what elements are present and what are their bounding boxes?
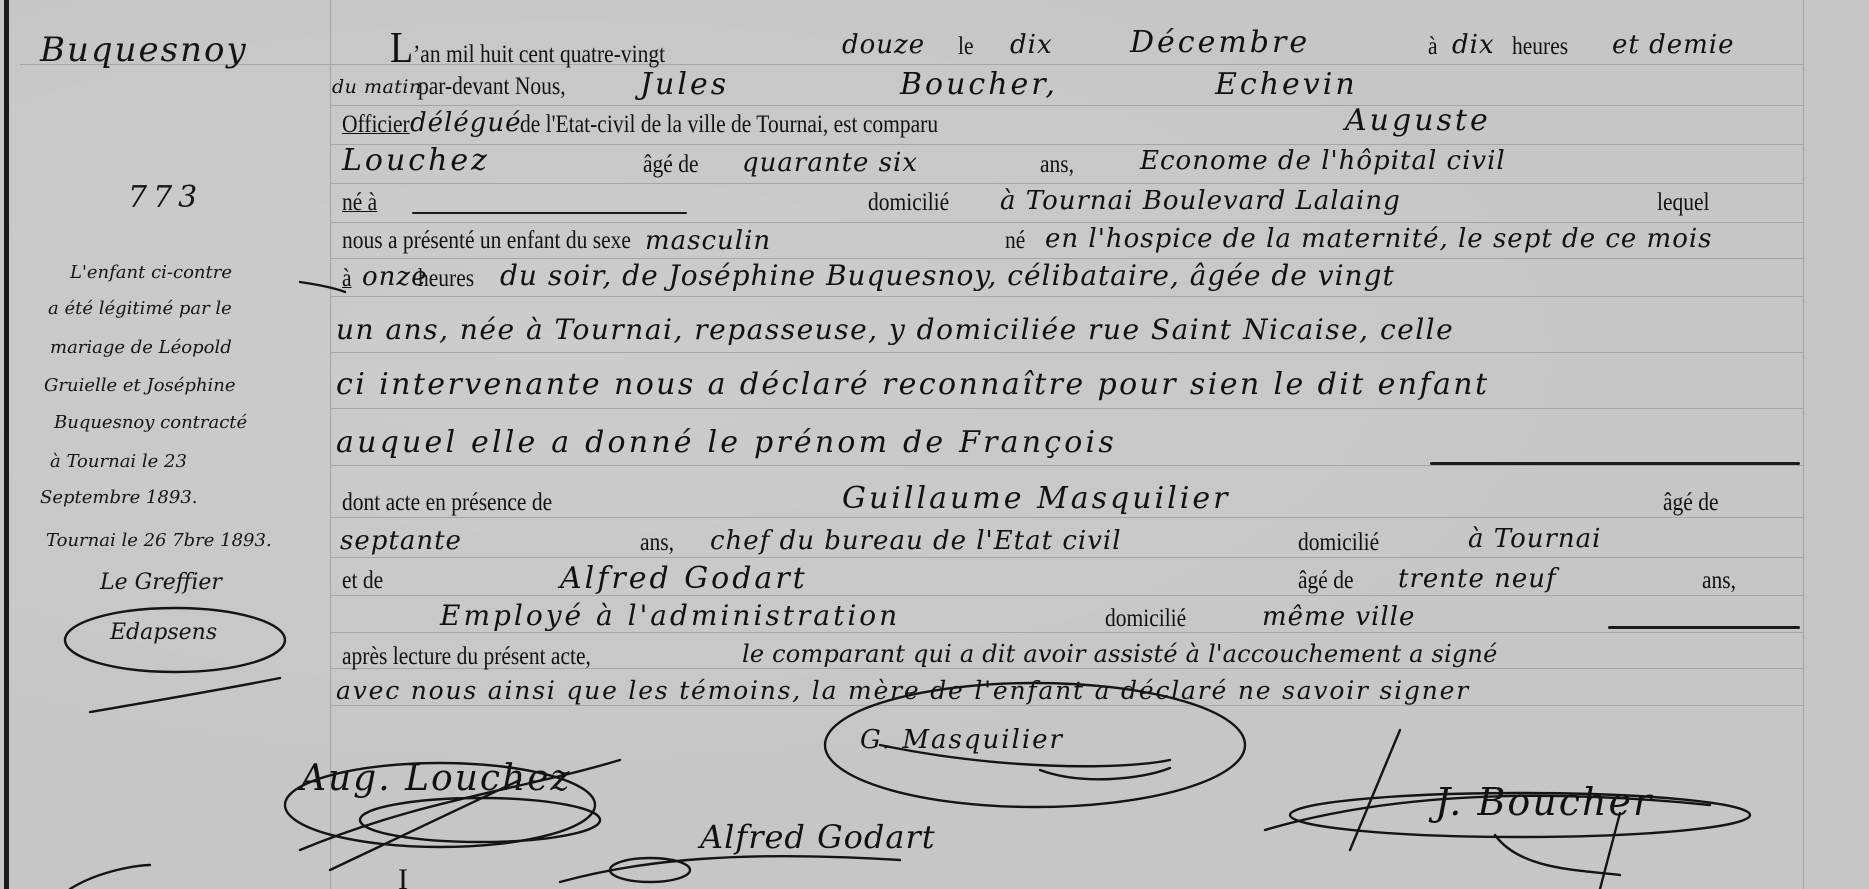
handwritten-witness1-occupation: chef du bureau de l'Etat civil: [710, 528, 1122, 554]
handwritten-witness1-address: à Tournai: [1468, 526, 1601, 552]
signature-officer: J. Boucher: [1435, 780, 1653, 824]
signature-witness2: Alfred Godart: [700, 818, 936, 856]
printed-text: après lecture du présent acte,: [342, 644, 591, 669]
handwritten-officer-title: Echevin: [1215, 70, 1358, 100]
blank-fill-line: [1430, 462, 1800, 465]
printed-text: de l'Etat-civil de la ville de Tournai, …: [520, 112, 938, 137]
ruled-line: [330, 144, 1803, 145]
handwritten-recognition: ci intervenante nous a déclaré reconnaît…: [336, 370, 1489, 400]
printed-text: domicilié: [868, 190, 949, 215]
margin-annotation-line: L'enfant ci-contre: [70, 262, 232, 283]
printed-text: né: [1005, 228, 1025, 253]
printed-text: ans,: [640, 530, 674, 555]
margin-annotation-line: Septembre 1893.: [40, 487, 198, 508]
printed-text: ans,: [1702, 568, 1736, 593]
handwritten-signing-statement-cont: avec nous ainsi que les témoins, la mère…: [336, 678, 1470, 703]
ruled-line: [330, 595, 1803, 596]
handwritten-declarant-age: quarante six: [742, 150, 918, 176]
blank-fill-line: [1608, 626, 1800, 629]
margin-annotation-line: Tournai le 26 7bre 1893.: [46, 530, 272, 551]
handwritten-birthplace: en l'hospice de la maternité, le sept de…: [1045, 226, 1713, 252]
margin-annotation-line: à Tournai le 23: [50, 451, 187, 472]
printed-text: LL'an mil huit cent quatre-vingt’an mil …: [390, 26, 665, 70]
handwritten-witness2-name: Alfred Godart: [560, 564, 808, 594]
printed-text: né à: [342, 190, 377, 215]
handwritten-delegate: délégué: [410, 110, 522, 136]
printed-text: âgé de: [1663, 490, 1719, 515]
handwritten-mother-details-cont: un ans, née à Tournai, repasseuse, y dom…: [336, 316, 1454, 344]
handwritten-declarant-last-name: Louchez: [342, 146, 490, 176]
printed-text: Officier: [342, 112, 410, 137]
margin-annotation-line: mariage de Léopold: [50, 337, 232, 358]
blank-fill-line: [412, 212, 687, 214]
printed-text: ans,: [1040, 152, 1074, 177]
ruled-line: [330, 557, 1803, 558]
ruled-line: [330, 352, 1803, 353]
printed-text: heures: [1512, 34, 1568, 59]
birth-record-page: Buquesnoy 773 L'enfant ci-contre a été l…: [0, 0, 1869, 889]
act-number: 773: [128, 180, 203, 215]
svg-text:I: I: [398, 863, 408, 889]
printed-text: et de: [342, 568, 383, 593]
printed-text: par-devant Nous,: [418, 74, 566, 99]
handwritten-day: dix: [1010, 32, 1053, 58]
clerk-title: Le Greffier: [100, 570, 222, 595]
printed-text: domicilié: [1298, 530, 1379, 555]
ruled-line: [330, 222, 1803, 223]
handwritten-half-hour: et demie: [1612, 32, 1735, 58]
handwritten-month: Décembre: [1130, 28, 1310, 58]
signature-witness1: G. Masquilier: [860, 725, 1064, 755]
handwritten-declarant-occupation: Econome de l'hôpital civil: [1140, 148, 1506, 174]
margin-annotation-line: Buquesnoy contracté: [54, 412, 247, 433]
margin-column-divider: [330, 0, 331, 889]
printed-text: le: [958, 34, 974, 59]
right-margin-line: [1803, 0, 1804, 889]
margin-annotation-line: Gruielle et Joséphine: [44, 375, 236, 396]
ruled-line: [330, 296, 1803, 297]
printed-text: à: [1428, 34, 1438, 59]
printed-text: domicilié: [1105, 606, 1186, 631]
ruled-line: [330, 408, 1803, 409]
signature-declarant: Aug. Louchez: [300, 758, 572, 799]
printed-text: lequel: [1657, 190, 1710, 215]
handwritten-hour: dix: [1452, 32, 1495, 58]
handwritten-witness2-address: même ville: [1262, 604, 1415, 630]
handwritten-witness1-name: Guillaume Masquilier: [842, 484, 1230, 514]
handwritten-witness1-age: septante: [340, 528, 462, 554]
handwritten-declarant-address: à Tournai Boulevard Lalaing: [1000, 188, 1401, 214]
handwritten-officer-last-name: Boucher,: [900, 70, 1058, 100]
handwritten-signing-statement: le comparant qui a dit avoir assisté à l…: [742, 642, 1497, 666]
ruled-line: [330, 105, 1803, 106]
handwritten-mother-details: du soir, de Joséphine Buquesnoy, célibat…: [500, 262, 1395, 290]
printed-text: nous a présenté un enfant du sexe: [342, 228, 631, 253]
handwritten-given-name: auquel elle a donné le prénom de Françoi…: [336, 428, 1117, 458]
clerk-signature: Edapsens: [110, 620, 217, 645]
page-left-border: [4, 0, 9, 889]
printed-text: âgé de: [643, 152, 699, 177]
ruled-line: [330, 183, 1803, 184]
printed-text: dont acte en présence de: [342, 490, 552, 515]
ruled-line: [330, 705, 1803, 706]
ruled-line: [330, 465, 1803, 466]
ruled-line: [330, 632, 1803, 633]
printed-text: heures: [418, 266, 474, 291]
margin-surname: Buquesnoy: [40, 30, 248, 70]
ruled-line: [330, 517, 1803, 518]
handwritten-witness2-occupation: Employé à l'administration: [440, 602, 900, 630]
handwritten-year: douze: [842, 32, 925, 58]
printed-text: à: [342, 266, 352, 291]
handwritten-witness2-age: trente neuf: [1398, 566, 1557, 592]
printed-text: âgé de: [1298, 568, 1354, 593]
margin-annotation-line: a été légitimé par le: [48, 298, 232, 319]
handwritten-time-of-day: du matin: [332, 78, 422, 97]
handwritten-officer-first-name: Jules: [640, 70, 729, 100]
handwritten-declarant-first-name: Auguste: [1345, 106, 1491, 136]
handwritten-sex: masculin: [645, 228, 771, 254]
